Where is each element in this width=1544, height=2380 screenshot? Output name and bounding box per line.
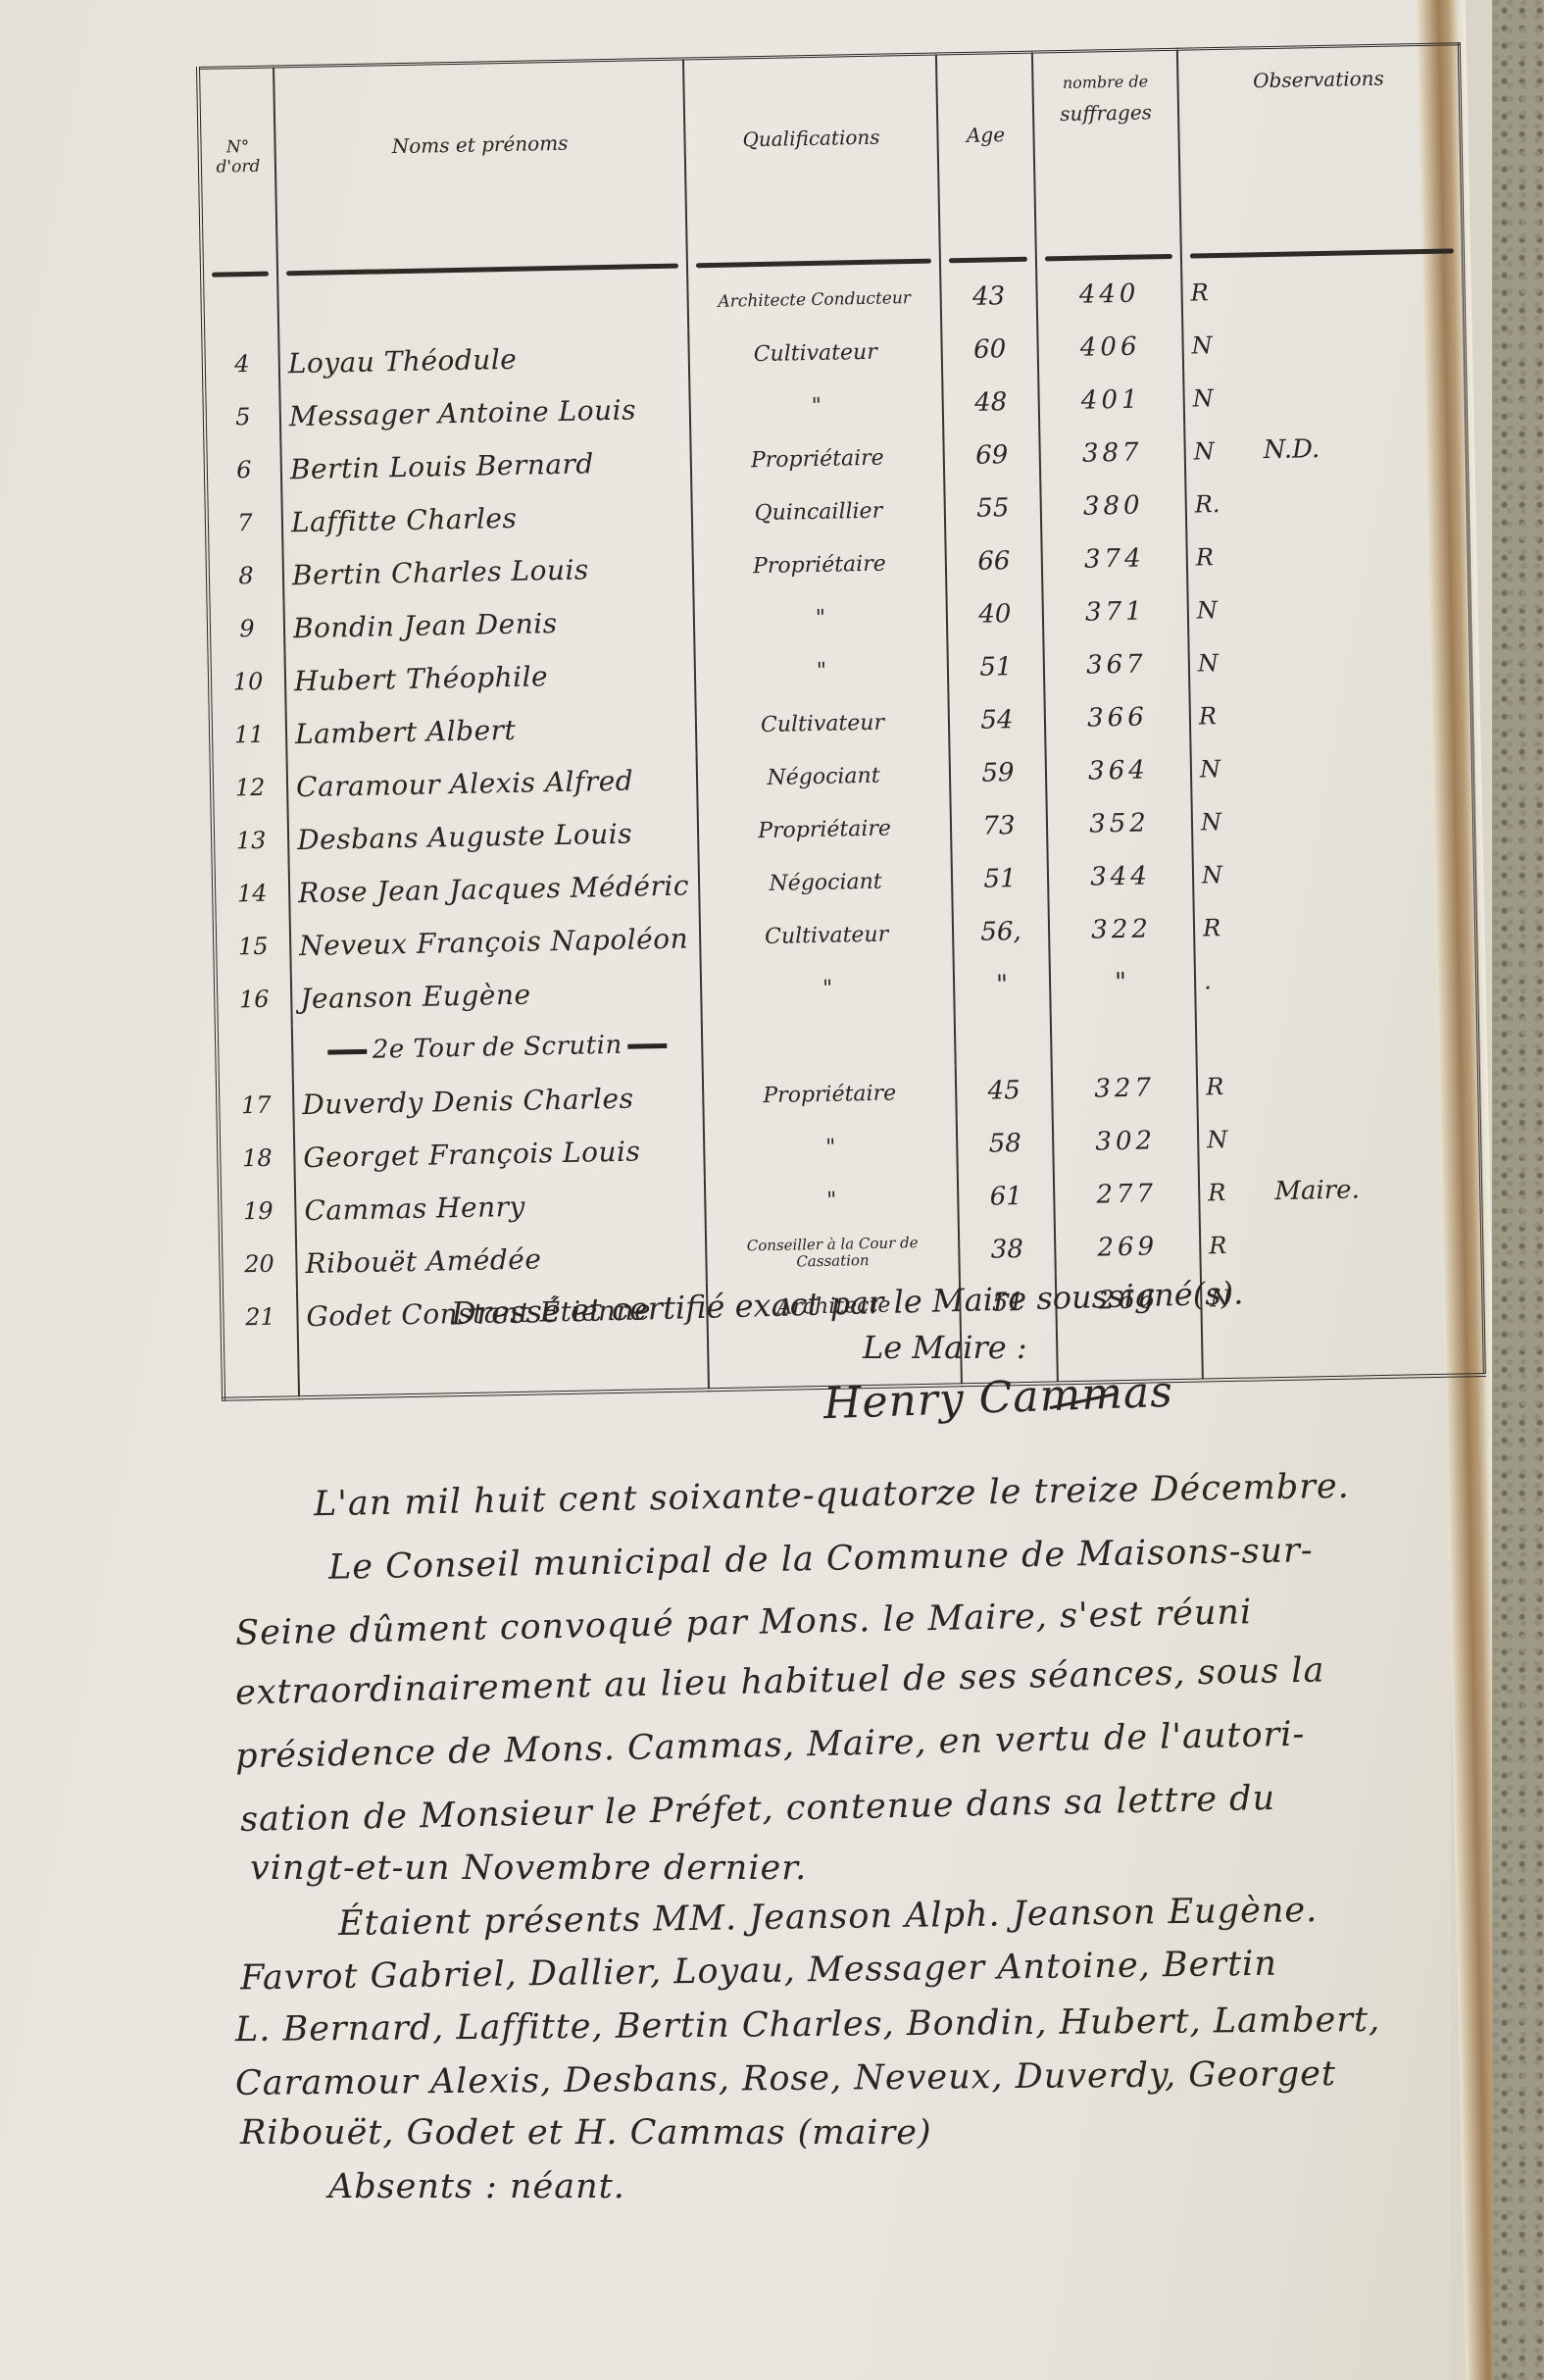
- candidate-observation: RMaire.: [1199, 1161, 1481, 1220]
- party-mark: R: [1208, 1179, 1226, 1206]
- candidate-qualification: Conseiller à la Cour de Cassation: [706, 1224, 960, 1282]
- candidate-observation: N: [1183, 367, 1466, 426]
- column-header-number: N° d'ord: [198, 67, 277, 285]
- candidate-qualification: Architecte Conducteur: [687, 271, 941, 329]
- observation-note: [1275, 1230, 1276, 1259]
- candidate-observation: R: [1189, 684, 1471, 743]
- observation-note: [1266, 700, 1267, 730]
- divider-dash: [327, 1048, 367, 1054]
- candidate-age: 45: [956, 1063, 1053, 1118]
- observation-note: [1270, 912, 1270, 941]
- row-number: 16: [216, 972, 292, 1026]
- party-mark: R: [1209, 1232, 1227, 1259]
- candidate-age: ": [954, 957, 1051, 1012]
- candidate-votes: [1051, 1008, 1197, 1064]
- row-number: 12: [212, 760, 288, 814]
- candidate-qualification: Cultivateur: [695, 694, 949, 752]
- party-mark: R.: [1194, 490, 1220, 518]
- observation-note: N.D.: [1263, 434, 1320, 465]
- candidate-age: 60: [941, 323, 1038, 378]
- party-mark: .: [1204, 967, 1212, 994]
- party-mark: N: [1192, 384, 1214, 412]
- candidate-age: 54: [948, 693, 1045, 748]
- row-number: 11: [211, 707, 287, 761]
- candidate-qualification: ": [705, 1171, 959, 1229]
- observation-note: [1260, 965, 1261, 994]
- candidate-observation: R: [1186, 526, 1469, 584]
- candidate-qualification: Négociant: [699, 853, 953, 911]
- candidate-age: 59: [949, 745, 1046, 800]
- candidate-qualification: Propriétaire: [692, 535, 946, 593]
- row-number: 10: [210, 654, 286, 708]
- observation-note: [1263, 541, 1264, 571]
- candidate-qualification: ": [694, 641, 948, 699]
- second-round-label: 2e Tour de Scrutin: [292, 1017, 703, 1078]
- minutes-line: Ribouët, Godet et H. Cammas (maire): [240, 2113, 932, 2152]
- observation-note: [1262, 382, 1263, 412]
- candidate-votes: 277: [1054, 1167, 1200, 1223]
- observation-note: [1267, 594, 1268, 624]
- candidate-age: 51: [952, 851, 1049, 906]
- observation-note: [1270, 806, 1271, 836]
- candidate-votes: 374: [1041, 532, 1187, 587]
- row-number: [217, 1025, 293, 1079]
- candidate-votes: 327: [1052, 1061, 1198, 1117]
- candidate-observation: NN.D.: [1184, 420, 1467, 479]
- row-number: 13: [213, 813, 289, 867]
- candidate-qualification: [702, 1012, 956, 1070]
- candidate-name: Georget François Louis: [294, 1123, 705, 1184]
- row-number: 21: [222, 1290, 298, 1343]
- candidate-name: [277, 276, 688, 336]
- candidate-name: Ribouët Amédée: [296, 1229, 707, 1290]
- candidate-votes: 322: [1049, 902, 1195, 958]
- candidate-name: Jeanson Eugène: [291, 964, 702, 1025]
- candidate-age: 73: [951, 798, 1048, 853]
- observation-note: [1271, 859, 1272, 888]
- candidate-votes: 440: [1036, 267, 1182, 323]
- candidate-qualification: Cultivateur: [688, 324, 942, 381]
- table-body: Architecte Conducteur 43 440 R 4 Loyau T…: [202, 261, 1484, 1398]
- candidate-votes: 352: [1046, 796, 1192, 852]
- candidate-observation: N: [1198, 1108, 1480, 1167]
- row-number: 17: [218, 1078, 294, 1132]
- candidate-name: Messager Antoine Louis: [279, 381, 690, 442]
- column-header-name: Noms et prénoms: [274, 59, 687, 283]
- row-number: 5: [204, 389, 280, 443]
- candidate-observation: R: [1194, 896, 1476, 955]
- candidate-qualification: ": [689, 377, 943, 434]
- candidate-observation: N: [1192, 843, 1474, 902]
- column-header-qualification: Qualifications: [683, 54, 940, 276]
- candidate-qualification: Propriétaire: [703, 1065, 957, 1123]
- candidate-qualification: ": [704, 1118, 958, 1176]
- candidate-qualification: Propriétaire: [698, 800, 952, 858]
- candidate-votes: 364: [1045, 743, 1191, 799]
- party-mark: N: [1200, 755, 1221, 783]
- row-number: 14: [214, 866, 290, 920]
- observation-note: Maire.: [1274, 1175, 1360, 1206]
- table-header-row: N° d'ord Noms et prénoms Qualifications …: [198, 44, 1464, 285]
- party-mark: N: [1201, 808, 1222, 836]
- candidate-observation: R: [1181, 261, 1464, 320]
- candidate-qualification: ": [693, 588, 947, 646]
- candidate-qualification: Quincaillier: [691, 482, 945, 540]
- candidate-age: 40: [946, 587, 1043, 642]
- row-number: 18: [219, 1131, 295, 1185]
- observation-note: [1276, 1124, 1277, 1153]
- party-mark: R: [1196, 543, 1215, 571]
- candidate-name: Neveux François Napoléon: [290, 911, 701, 972]
- candidate-name: Caramour Alexis Alfred: [287, 752, 698, 813]
- column-header-age: Age: [936, 52, 1036, 271]
- candidate-votes: 380: [1040, 479, 1186, 534]
- candidate-votes: 406: [1037, 320, 1183, 376]
- party-mark: R: [1199, 702, 1218, 730]
- candidate-qualification: Propriétaire: [690, 430, 944, 487]
- blank-cell: [298, 1335, 709, 1397]
- row-number: 20: [221, 1237, 297, 1291]
- candidate-age: 55: [944, 481, 1041, 536]
- candidate-age: 51: [947, 640, 1044, 695]
- observation-note: [1279, 1283, 1280, 1312]
- candidate-age: 66: [945, 534, 1042, 589]
- column-header-observations: Observations: [1177, 44, 1464, 267]
- party-mark: N: [1191, 331, 1213, 359]
- row-number: [202, 283, 278, 337]
- column-header-votes-line1: nombre de: [1041, 71, 1169, 94]
- candidate-name: Desbans Auguste Louis: [288, 805, 699, 866]
- candidate-age: 43: [940, 270, 1037, 325]
- candidate-observation: R.: [1185, 473, 1468, 532]
- candidate-observation: N: [1191, 790, 1473, 849]
- party-mark: N: [1193, 437, 1215, 465]
- candidate-observation: N: [1190, 737, 1472, 796]
- candidate-votes: 401: [1038, 373, 1184, 429]
- observation-note: [1272, 1071, 1273, 1100]
- party-mark: N: [1207, 1126, 1228, 1153]
- election-results-table-container: N° d'ord Noms et prénoms Qualifications …: [196, 42, 1488, 1268]
- candidate-name: Bertin Charles Louis: [282, 540, 693, 601]
- candidate-observation: R: [1200, 1214, 1482, 1273]
- party-mark: N: [1198, 649, 1220, 677]
- candidate-votes: 367: [1043, 637, 1189, 693]
- candidate-qualification: Négociant: [697, 747, 951, 805]
- row-number: 9: [209, 601, 285, 655]
- candidate-votes: ": [1050, 955, 1196, 1011]
- row-number: 8: [207, 548, 283, 602]
- candidate-votes: 366: [1044, 690, 1190, 746]
- divider-dash: [628, 1042, 668, 1048]
- candidate-votes: 387: [1039, 426, 1185, 481]
- minutes-line: Absents : néant.: [328, 2167, 625, 2206]
- observation-note: [1270, 753, 1270, 783]
- mayor-label: Le Maire :: [863, 1329, 1027, 1366]
- candidate-age: 56,: [953, 904, 1050, 959]
- observation-note: [1268, 647, 1269, 677]
- column-header-votes: nombre de suffrages: [1032, 49, 1181, 269]
- row-number: 7: [206, 495, 282, 549]
- background-fabric: [1492, 0, 1544, 2380]
- candidate-age: 58: [957, 1116, 1054, 1171]
- candidate-observation: R: [1197, 1055, 1479, 1114]
- candidate-name: Loyau Théodule: [278, 329, 689, 389]
- candidate-age: [955, 1010, 1052, 1065]
- candidate-votes: 302: [1053, 1114, 1199, 1170]
- candidate-age: 48: [942, 376, 1039, 430]
- candidate-name: Rose Jean Jacques Médéric: [289, 858, 700, 919]
- candidate-name: Bertin Louis Bernard: [280, 434, 691, 495]
- candidate-votes: 344: [1048, 849, 1194, 905]
- candidate-name: Duverdy Denis Charles: [293, 1070, 704, 1131]
- candidate-name: Laffitte Charles: [281, 487, 692, 548]
- observation-note: [1269, 488, 1270, 518]
- candidate-age: 38: [959, 1222, 1056, 1277]
- candidate-observation: [1196, 1002, 1478, 1061]
- row-number: 4: [203, 336, 279, 390]
- party-mark: R: [1203, 914, 1221, 941]
- second-round-label-text: 2e Tour de Scrutin: [373, 1031, 623, 1065]
- candidate-qualification: Cultivateur: [700, 906, 954, 964]
- party-mark: N: [1202, 861, 1223, 888]
- candidate-age: 69: [943, 429, 1040, 483]
- party-mark: N: [1197, 596, 1219, 624]
- candidate-name: Cammas Henry: [295, 1176, 706, 1237]
- blank-cell: [223, 1342, 299, 1398]
- candidate-observation: N: [1182, 314, 1465, 373]
- observation-note: [1257, 277, 1258, 306]
- candidate-name: Hubert Théophile: [285, 646, 696, 707]
- candidate-qualification: ": [701, 959, 955, 1017]
- party-mark: R: [1206, 1073, 1224, 1100]
- candidate-observation: .: [1195, 949, 1477, 1008]
- candidate-observation: N: [1188, 632, 1470, 690]
- candidate-votes: 269: [1055, 1220, 1201, 1276]
- row-number: 19: [220, 1184, 296, 1238]
- election-results-table: N° d'ord Noms et prénoms Qualifications …: [196, 42, 1486, 1401]
- observation-note: [1261, 329, 1262, 359]
- minutes-line: vingt-et-un Novembre dernier.: [250, 1848, 807, 1888]
- candidate-age: 61: [958, 1169, 1055, 1224]
- row-number: 15: [215, 919, 291, 973]
- candidate-name: Lambert Albert: [286, 699, 697, 760]
- column-header-votes-line2: suffrages: [1042, 92, 1170, 133]
- candidate-votes: 371: [1042, 584, 1188, 640]
- candidate-observation: N: [1187, 579, 1469, 637]
- row-number: 6: [205, 442, 281, 496]
- party-mark: R: [1190, 279, 1209, 306]
- blank-cell: [1202, 1320, 1485, 1381]
- candidate-name: Bondin Jean Denis: [283, 593, 694, 654]
